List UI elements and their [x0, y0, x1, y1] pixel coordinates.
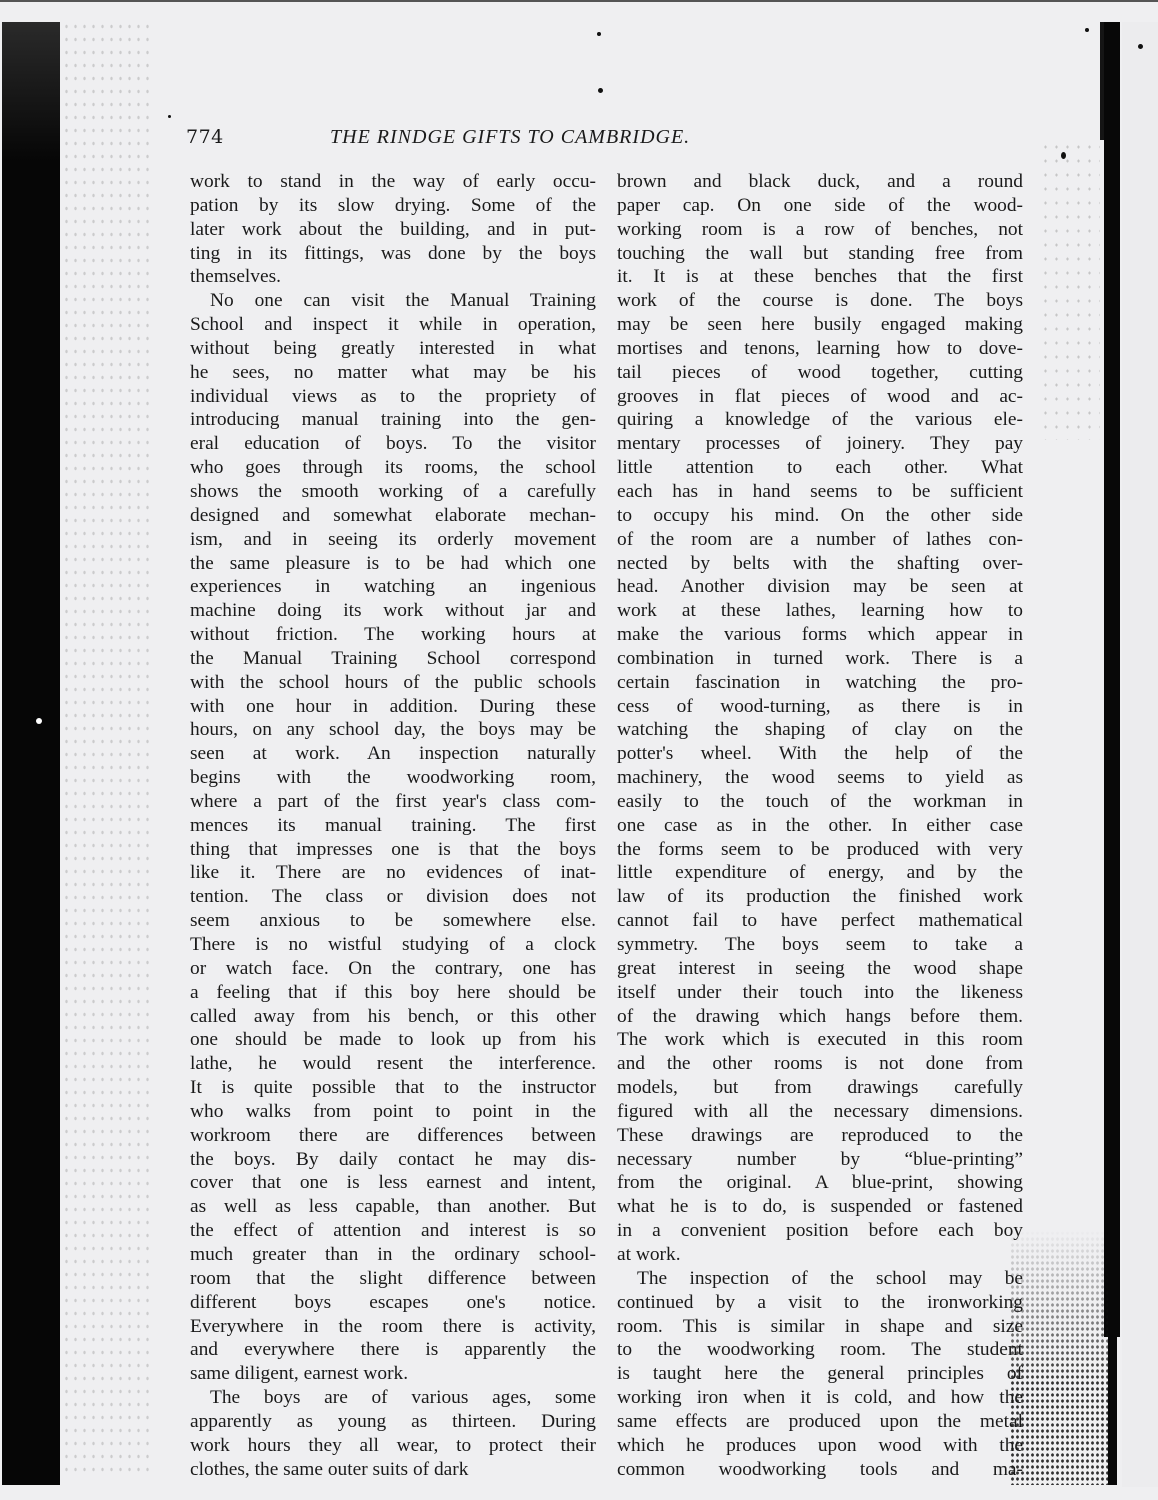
text-line: grooves in flat pieces of wood and ac- — [617, 385, 1023, 409]
text-line: cess of wood-turning, as there is in — [617, 695, 1023, 719]
text-line: The inspection of the school may be — [617, 1267, 1023, 1291]
text-line: a feeling that if this boy here should b… — [190, 981, 596, 1005]
text-line: apparently as young as thirteen. During — [190, 1410, 596, 1434]
text-line: Everywhere in the room there is activity… — [190, 1315, 596, 1339]
text-line: is taught here the general principles of — [617, 1362, 1023, 1386]
text-line: different boys escapes one's notice. — [190, 1291, 596, 1315]
right-text-column: brown and black duck, and a roundpaper c… — [617, 170, 1023, 1481]
text-line: of the room are a number of lathes con- — [617, 528, 1023, 552]
text-line: introducing manual training into the gen… — [190, 408, 596, 432]
text-line: experiences in watching an ingenious — [190, 575, 596, 599]
text-line: nected by belts with the shafting over- — [617, 552, 1023, 576]
text-line: one case as in the other. In either case — [617, 814, 1023, 838]
scan-speck — [1061, 152, 1066, 159]
text-line: mences its manual training. The first — [190, 814, 596, 838]
scan-right-margin — [1122, 22, 1158, 1487]
text-line: the effect of attention and interest is … — [190, 1219, 596, 1243]
scan-left-binding-shadow-top — [2, 22, 60, 162]
text-line: with the school hours of the public scho… — [190, 671, 596, 695]
text-line: law of its production the finished work — [617, 885, 1023, 909]
text-line: tail pieces of wood together, cutting — [617, 361, 1023, 385]
text-line: certain fascination in watching the pro- — [617, 671, 1023, 695]
scan-right-edge-shadow — [1104, 22, 1120, 1337]
text-line: it. It is at these benches that the firs… — [617, 265, 1023, 289]
text-line: same effects are produced upon the metal — [617, 1410, 1023, 1434]
text-line: room that the slight difference between — [190, 1267, 596, 1291]
text-line: each has in hand seems to be sufficient — [617, 480, 1023, 504]
text-line: at work. — [617, 1243, 1023, 1267]
text-line: with one hour in addition. During these — [190, 695, 596, 719]
text-line: paper cap. On one side of the wood- — [617, 194, 1023, 218]
text-line: begins with the woodworking room, — [190, 766, 596, 790]
text-line: ting in its fittings, was done by the bo… — [190, 242, 596, 266]
text-line: shows the smooth working of a carefully — [190, 480, 596, 504]
scan-speck — [598, 88, 603, 93]
text-line: working room is a row of benches, not — [617, 218, 1023, 242]
text-line: or watch face. On the contrary, one has — [190, 957, 596, 981]
text-line: who goes through its rooms, the school — [190, 456, 596, 480]
text-line: without being greatly interested in what — [190, 337, 596, 361]
text-line: the same pleasure is to be had which one — [190, 552, 596, 576]
text-line: seen at work. An inspection naturally — [190, 742, 596, 766]
scan-left-speckle-noise — [62, 20, 152, 1480]
text-line: where a part of the first year's class c… — [190, 790, 596, 814]
scan-speck — [168, 115, 171, 118]
text-line: he sees, no matter what may be his — [190, 361, 596, 385]
text-line: individual views as to the propriety of — [190, 385, 596, 409]
text-line: seem anxious to be somewhere else. — [190, 909, 596, 933]
text-line: work to stand in the way of early occu- — [190, 170, 596, 194]
text-line: machinery, the wood seems to yield as — [617, 766, 1023, 790]
text-line: clothes, the same outer suits of dark — [190, 1458, 596, 1482]
text-line: great interest in seeing the wood shape — [617, 957, 1023, 981]
text-line: touching the wall but standing free from — [617, 242, 1023, 266]
scan-right-edge-shadow-bottom — [1108, 1337, 1117, 1485]
text-line: may be seen here busily engaged making — [617, 313, 1023, 337]
running-title: THE RINDGE GIFTS TO CAMBRIDGE. — [330, 126, 690, 149]
text-line: combination in turned work. There is a — [617, 647, 1023, 671]
left-text-column: work to stand in the way of early occu-p… — [190, 170, 596, 1481]
scan-left-binding-shadow — [2, 22, 60, 1485]
text-line: room. This is similar in shape and size — [617, 1315, 1023, 1339]
text-line: of the drawing which hangs before them. — [617, 1005, 1023, 1029]
scan-right-bottom-noise — [1010, 1230, 1108, 1485]
text-line: figured with all the necessary dimension… — [617, 1100, 1023, 1124]
text-line: designed and somewhat elaborate mechan- — [190, 504, 596, 528]
text-line: workroom there are differences between — [190, 1124, 596, 1148]
text-line: cannot fail to have perfect mathematical — [617, 909, 1023, 933]
text-line: tention. The class or division does not — [190, 885, 596, 909]
text-line: The boys are of various ages, some — [190, 1386, 596, 1410]
text-line: later work about the building, and in pu… — [190, 218, 596, 242]
text-line: and everywhere there is apparently the — [190, 1338, 596, 1362]
scan-right-speckle-noise — [1040, 140, 1100, 440]
text-line: the boys. By daily contact he may dis- — [190, 1148, 596, 1172]
text-line: pation by its slow drying. Some of the — [190, 194, 596, 218]
text-line: in a convenient position before each boy — [617, 1219, 1023, 1243]
text-line: mortises and tenons, learning how to dov… — [617, 337, 1023, 361]
text-line: itself under their touch into the likene… — [617, 981, 1023, 1005]
scan-speck — [597, 32, 601, 36]
text-line: These drawings are reproduced to the — [617, 1124, 1023, 1148]
text-line: cover that one is less earnest and inten… — [190, 1171, 596, 1195]
text-line: who walks from point to point in the — [190, 1100, 596, 1124]
text-line: continued by a visit to the ironworking — [617, 1291, 1023, 1315]
text-line: No one can visit the Manual Training — [190, 289, 596, 313]
running-head: 774 THE RINDGE GIFTS TO CAMBRIDGE. — [186, 126, 1026, 160]
text-line: little expenditure of energy, and by the — [617, 861, 1023, 885]
text-line: much greater than in the ordinary school… — [190, 1243, 596, 1267]
text-line: like it. There are no evidences of inat- — [190, 861, 596, 885]
text-line: watching the shaping of clay on the — [617, 718, 1023, 742]
text-line: one should be made to look up from his — [190, 1028, 596, 1052]
text-line: the forms seem to be produced with very — [617, 838, 1023, 862]
text-line: to the woodworking room. The student — [617, 1338, 1023, 1362]
text-line: same diligent, earnest work. — [190, 1362, 596, 1386]
text-line: head. Another division may be seen at — [617, 575, 1023, 599]
text-line: the Manual Training School correspond — [190, 647, 596, 671]
text-line: models, but from drawings carefully — [617, 1076, 1023, 1100]
text-line: hours, on any school day, the boys may b… — [190, 718, 596, 742]
text-line: machine doing its work without jar and — [190, 599, 596, 623]
text-line: School and inspect it while in operation… — [190, 313, 596, 337]
text-line: what he is to do, is suspended or fasten… — [617, 1195, 1023, 1219]
text-line: called away from his bench, or this othe… — [190, 1005, 596, 1029]
text-line: little attention to each other. What — [617, 456, 1023, 480]
scan-top-edge — [0, 0, 1158, 2]
text-line: themselves. — [190, 265, 596, 289]
text-line: brown and black duck, and a round — [617, 170, 1023, 194]
text-line: common woodworking tools and ma- — [617, 1458, 1023, 1482]
text-line: work of the course is done. The boys — [617, 289, 1023, 313]
text-line: to occupy his mind. On the other side — [617, 504, 1023, 528]
text-line: ism, and in seeing its orderly movement — [190, 528, 596, 552]
text-line: without friction. The working hours at — [190, 623, 596, 647]
text-line: There is no wistful studying of a clock — [190, 933, 596, 957]
text-line: thing that impresses one is that the boy… — [190, 838, 596, 862]
text-line: working iron when it is cold, and how th… — [617, 1386, 1023, 1410]
text-line: eral education of boys. To the visitor — [190, 432, 596, 456]
text-line: necessary number by “blue-printing” — [617, 1148, 1023, 1172]
text-line: mentary processes of joinery. They pay — [617, 432, 1023, 456]
scan-speck — [36, 718, 42, 724]
text-line: easily to the touch of the workman in — [617, 790, 1023, 814]
text-line: from the original. A blue-print, showing — [617, 1171, 1023, 1195]
text-line: potter's wheel. With the help of the — [617, 742, 1023, 766]
text-line: The work which is executed in this room — [617, 1028, 1023, 1052]
text-line: as well as less capable, than another. B… — [190, 1195, 596, 1219]
text-line: symmetry. The boys seem to take a — [617, 933, 1023, 957]
text-line: work hours they all wear, to protect the… — [190, 1434, 596, 1458]
scan-speck — [1085, 28, 1089, 32]
text-line: work at these lathes, learning how to — [617, 599, 1023, 623]
text-line: which he produces upon wood with the — [617, 1434, 1023, 1458]
scan-speck — [1138, 44, 1143, 49]
page-number: 774 — [186, 126, 224, 148]
text-line: quiring a knowledge of the various ele- — [617, 408, 1023, 432]
text-line: and the other rooms is not done from — [617, 1052, 1023, 1076]
text-line: make the various forms which appear in — [617, 623, 1023, 647]
text-line: lathe, he would resent the interference. — [190, 1052, 596, 1076]
text-line: It is quite possible that to the instruc… — [190, 1076, 596, 1100]
